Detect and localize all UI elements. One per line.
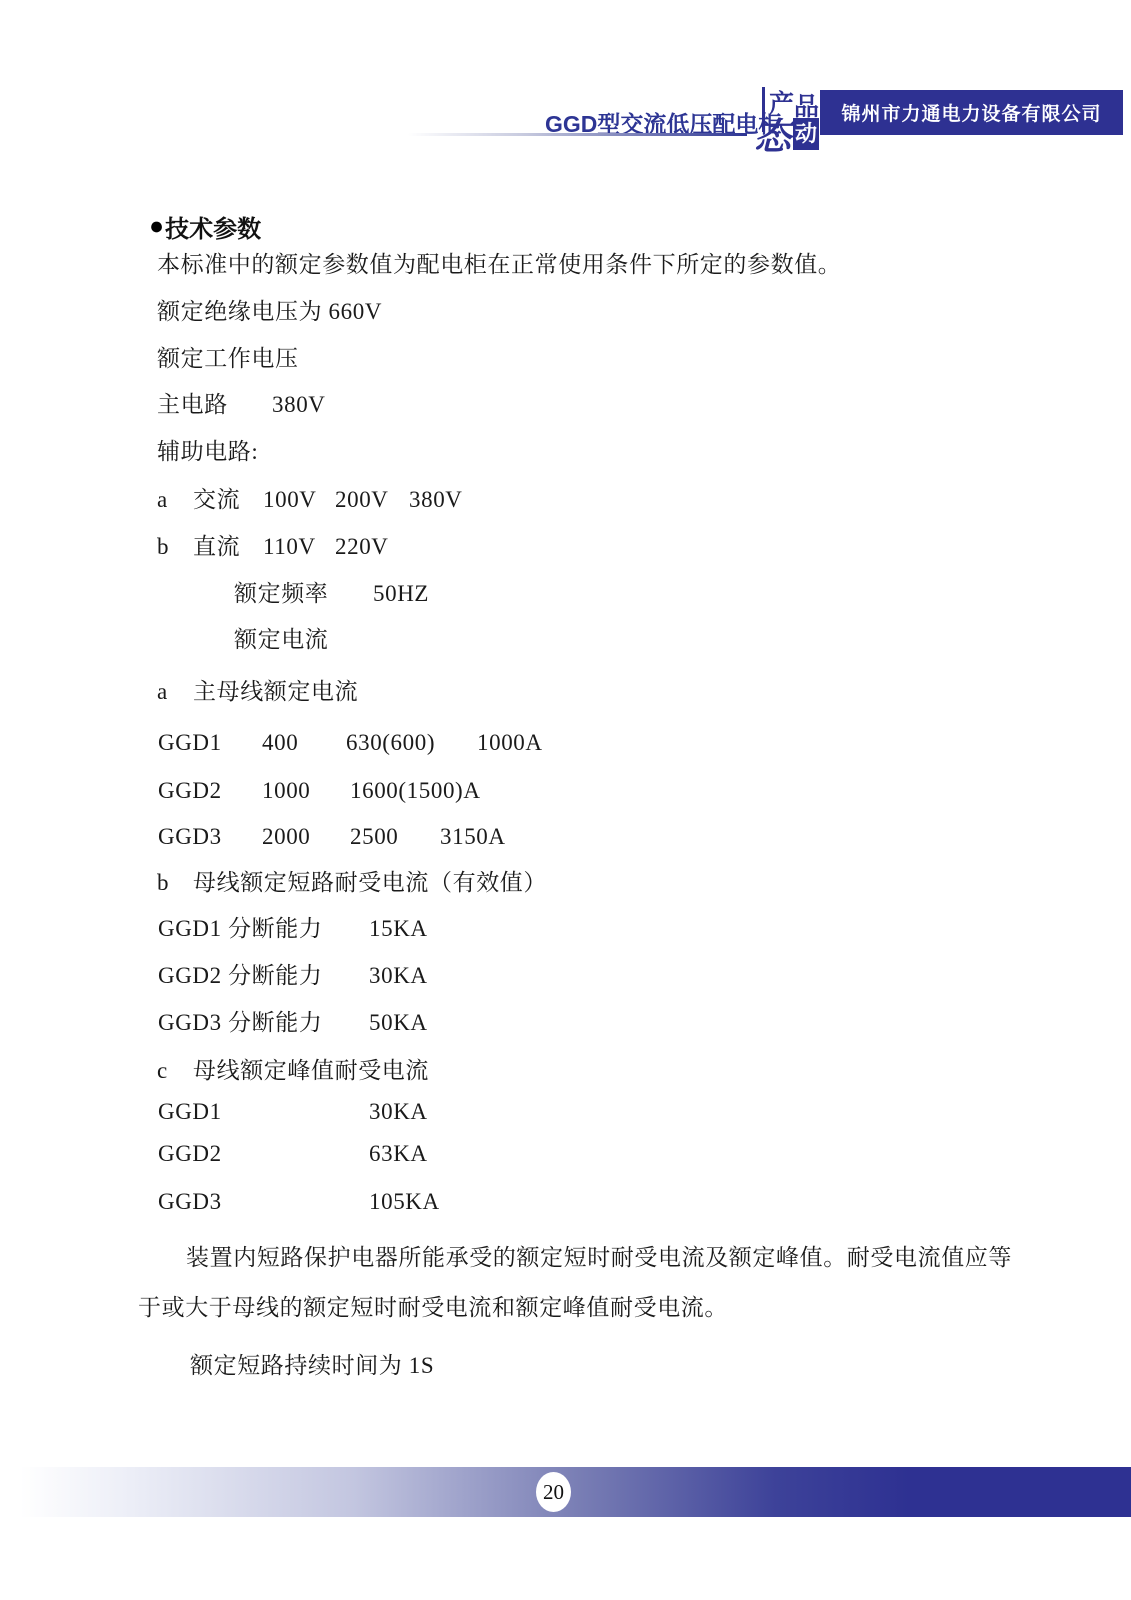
text-segment: b [157,534,169,560]
text-segment: 380V [272,392,326,418]
text-segment: 额定短路持续时间为 1S [190,1353,434,1379]
text-segment: 母线额定短路耐受电流（有效值） [193,870,547,896]
document-page: GGD型交流低压配电柜 产 品 态 动 锦州市力通电力设备有限公司 ● 技术参数… [0,0,1131,1600]
text-segment: GGD2 [158,778,222,804]
text-segment: 220V [335,534,389,560]
text-segment: 2000 [262,824,310,850]
text-segment: GGD3 分断能力 [158,1010,322,1036]
company-name-banner: 锦州市力通电力设备有限公司 [820,90,1123,135]
logo-char: 态 [754,106,791,160]
text-segment: GGD3 [158,1189,222,1215]
text-segment: c [157,1058,168,1084]
text-segment: 110V [263,534,316,560]
text-segment: 630(600) [346,730,435,756]
text-segment: GGD2 [158,1141,222,1167]
text-segment: 3150A [440,824,506,850]
text-segment: 交流 [193,487,240,513]
text-segment: 1000 [262,778,310,804]
text-segment: b [157,870,169,896]
bullet-icon: ● [149,214,164,239]
text-segment: 50KA [369,1010,428,1036]
section-heading-label: 技术参数 [165,209,261,244]
text-segment: 2500 [350,824,398,850]
text-segment: 主母线额定电流 [193,679,358,705]
text-segment: 母线额定峰值耐受电流 [193,1058,429,1084]
text-segment: 50HZ [373,581,429,607]
text-segment: GGD3 [158,824,222,850]
text-segment: 额定绝缘电压为 660V [157,299,382,325]
text-segment: 主电路 [157,392,228,418]
text-segment: GGD1 [158,730,222,756]
text-segment: 1600(1500)A [350,778,481,804]
text-segment: 装置内短路保护电器所能承受的额定短时耐受电流及额定峰值。耐受电流值应等 [186,1245,1012,1271]
product-news-logo: 产 品 态 动 [755,84,821,156]
text-segment: 63KA [369,1141,428,1167]
text-segment: 30KA [369,1099,428,1125]
text-segment: 于或大于母线的额定短时耐受电流和额定峰值耐受电流。 [138,1295,728,1321]
text-segment: 直流 [193,534,240,560]
text-segment: 额定电流 [234,627,328,653]
page-number-badge: 20 [536,1472,571,1512]
section-heading: ● 技术参数 [149,209,261,244]
logo-char: 动 [793,118,819,150]
text-segment: 200V [335,487,389,513]
text-segment: a [157,487,168,513]
text-segment: 额定频率 [234,581,328,607]
text-segment: a [157,679,168,705]
text-segment: GGD2 分断能力 [158,963,322,989]
text-segment: 30KA [369,963,428,989]
text-segment: GGD1 [158,1099,222,1125]
page-number: 20 [543,1480,564,1505]
text-segment: 本标准中的额定参数值为配电柜在正常使用条件下所定的参数值。 [157,252,841,278]
text-segment: 1000A [477,730,543,756]
text-segment: 15KA [369,916,428,942]
text-segment: 额定工作电压 [157,346,299,372]
text-segment: 辅助电路: [157,439,258,465]
footer-bar: 20 [20,1467,1131,1517]
title-underline [408,133,747,136]
text-segment: 380V [409,487,463,513]
text-segment: 400 [262,730,298,756]
text-segment: 105KA [369,1189,440,1215]
text-segment: GGD1 分断能力 [158,916,322,942]
text-segment: 100V [263,487,317,513]
